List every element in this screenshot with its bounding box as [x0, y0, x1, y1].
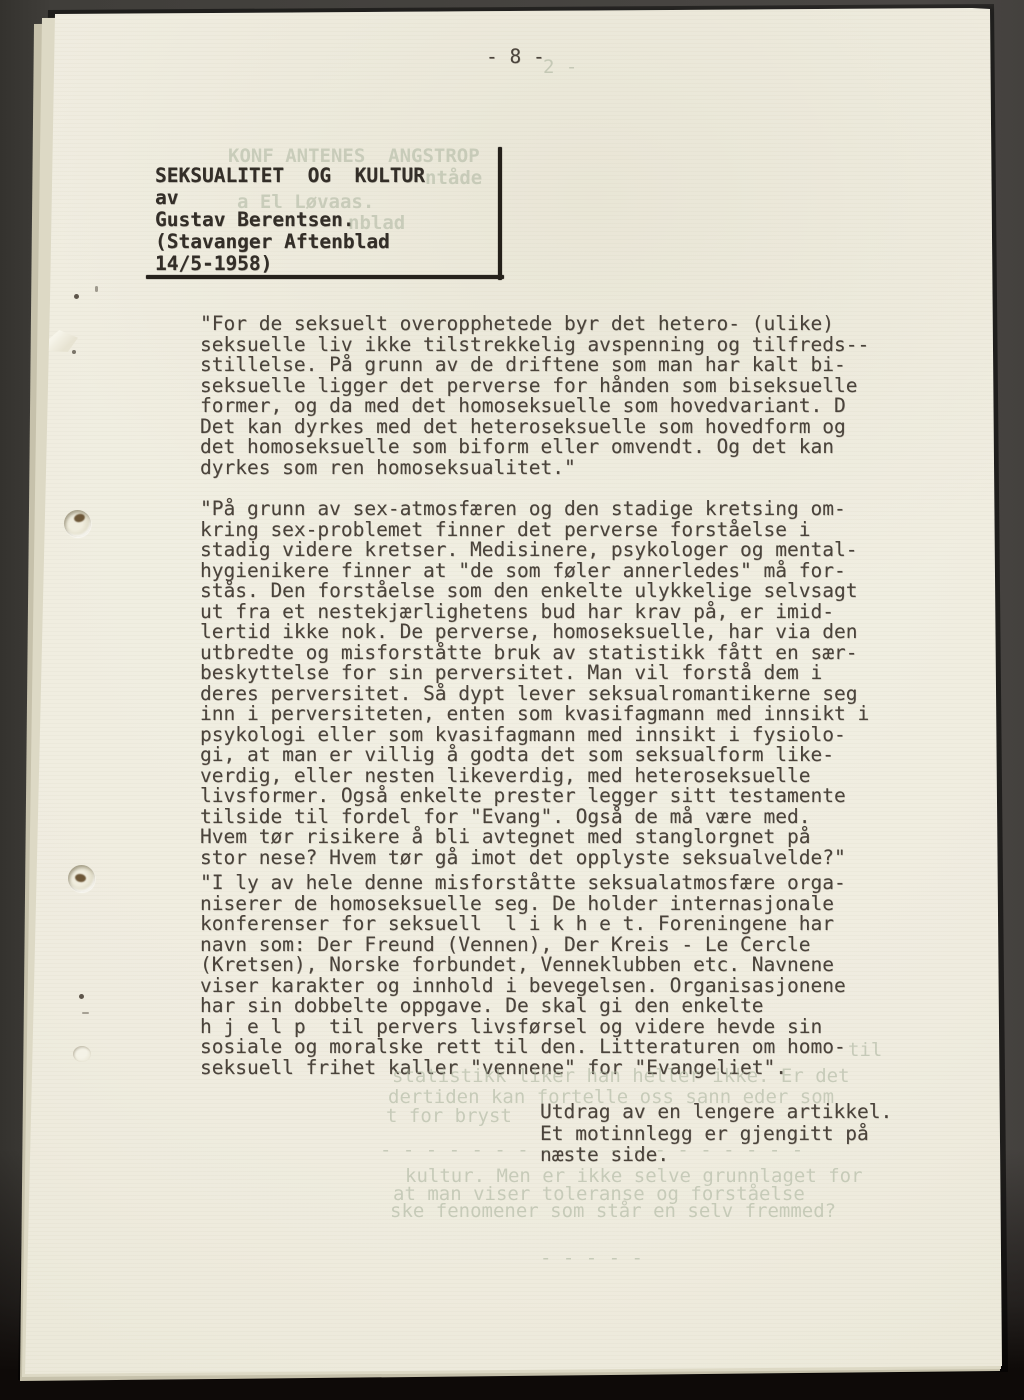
text-line: h j e l p til pervers livsførsel og vide…	[200, 1017, 846, 1038]
text-line: dyrkes som ren homoseksualitet."	[200, 458, 869, 479]
bleed-through-text: - - - - - - - - - - - - - - - - - - -	[380, 1140, 803, 1160]
paragraph-1: "For de seksuelt overopphetede byr det h…	[200, 314, 869, 478]
paper-speck	[72, 350, 76, 354]
text-line: navn som: Der Freund (Vennen), Der Kreis…	[200, 935, 846, 956]
punch-hole	[64, 510, 91, 537]
text-line: stor nese? Hvem tør gå imot det opplyste…	[200, 848, 869, 869]
bleed-through-text: dertiden kan fortelle oss sann eder som	[388, 1087, 834, 1107]
text-line: kring sex-problemet finner det perverse …	[200, 520, 869, 541]
text-line: deres perversitet. Så dypt lever seksual…	[200, 684, 869, 705]
page-number: - 8 -	[486, 46, 545, 67]
text-line: gi, at man er villig å godta det som sek…	[200, 745, 869, 766]
text-line: har sin dobbelte oppgave. De skal gi den…	[200, 996, 846, 1017]
bleed-through-text: nblad	[348, 213, 405, 233]
text-line: inn i perversiteten, enten som kvasifagm…	[200, 704, 869, 725]
text-line: seksuelle ligger det perverse for hånden…	[200, 376, 869, 397]
bleed-through-text: t for bryst	[386, 1106, 512, 1126]
text-line: sosiale og moralske rett til den. Litter…	[200, 1037, 846, 1058]
text-line: seksuelle liv ikke tilstrekkelig avspenn…	[200, 335, 869, 356]
text-line: stadig videre kretser. Medisinere, psyko…	[200, 540, 869, 561]
bleed-through-text: ntåde	[425, 168, 482, 188]
text-line: det homoseksuelle som biform eller omven…	[200, 437, 869, 458]
paragraph-3: "I ly av hele denne misforståtte seksual…	[200, 873, 846, 1078]
text-line: Det kan dyrkes med det heteroseksuelle s…	[200, 417, 869, 438]
text-line: lertid ikke nok. De perverse, homoseksue…	[200, 622, 869, 643]
paper-speck	[95, 286, 98, 292]
text-line: viser karakter og innhold i bevegelsen. …	[200, 976, 846, 997]
text-line: utbredte og misforståtte bruk av statist…	[200, 643, 869, 664]
paragraph-2: "På grunn av sex-atmosfæren og den stadi…	[200, 499, 869, 868]
text-line: beskyttelse for sin perversitet. Man vil…	[200, 663, 869, 684]
scanned-document-scene: - 8 - SEKSUALITET OG KULTURavGustav Bere…	[0, 0, 1024, 1400]
header-box-right-border	[498, 147, 502, 280]
text-line: SEKSUALITET OG KULTUR	[155, 165, 425, 187]
text-line: former, og da med det homoseksuelle som …	[200, 396, 869, 417]
header-box-bottom-border	[146, 275, 504, 279]
text-line: "På grunn av sex-atmosfæren og den stadi…	[200, 499, 869, 520]
bleed-through-text: a El Løvaas.	[237, 192, 374, 212]
text-line: "I ly av hele denne misforståtte seksual…	[200, 873, 846, 894]
scanned-page: - 8 - SEKSUALITET OG KULTURavGustav Bere…	[0, 0, 1024, 1400]
text-line: konferenser for seksuell l i k h e t. Fo…	[200, 914, 846, 935]
text-line: ut fra et nestekjærlighetens bud har kra…	[200, 602, 869, 623]
bleed-through-text: statistikk liker han heller ikke. Er det	[392, 1066, 850, 1086]
text-line: Hvem tør risikere å bli avtegnet med sta…	[200, 827, 869, 848]
bleed-through-text: KONF ANTENES ANGSTROP	[228, 146, 480, 166]
text-line: tilside til fordel for "Evang". Også de …	[200, 807, 869, 828]
text-line: verdig, eller nesten likeverdig, med het…	[200, 766, 869, 787]
text-line: (Stavanger Aftenblad	[155, 231, 425, 253]
text-line: 14/5-1958)	[155, 253, 425, 275]
bleed-through-text: ske fenomener som står en selv fremmed?	[390, 1201, 836, 1221]
punch-hole	[68, 865, 95, 892]
paper-speck	[82, 1012, 89, 1014]
bleed-through-text: 2 -	[543, 57, 577, 77]
text-line: "For de seksuelt overopphetede byr det h…	[200, 314, 869, 335]
paper-speck	[74, 294, 79, 299]
bleed-through-text: - - - - -	[540, 1248, 643, 1268]
text-line: stillelse. På grunn av de driftene som m…	[200, 355, 869, 376]
bleed-through-text: til	[848, 1040, 882, 1060]
text-line: livsformer. Også enkelte prester legger …	[200, 786, 869, 807]
text-line: niserer de homoseksuelle seg. De holder …	[200, 894, 846, 915]
paper-speck	[79, 994, 84, 999]
text-line: hygienikere finner at "de som føler anne…	[200, 561, 869, 582]
text-line: stås. Den forståelse som den enkelte uly…	[200, 581, 869, 602]
paper-dimple	[73, 1046, 91, 1062]
text-line: (Kretsen), Norske forbundet, Venneklubbe…	[200, 955, 846, 976]
text-line: psykologi eller som kvasifagmann med inn…	[200, 725, 869, 746]
